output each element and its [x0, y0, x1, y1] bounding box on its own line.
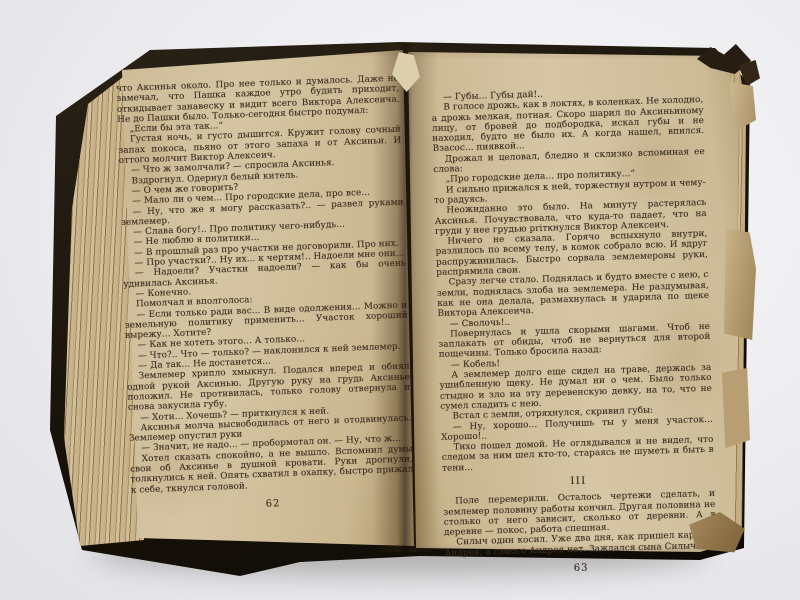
right-page-number: 63: [445, 560, 717, 578]
left-page-text: что Аксинья около. Про нее только и дума…: [116, 74, 415, 515]
torn-paper-flap: [724, 228, 756, 340]
gutter-shadow: [372, 44, 438, 552]
right-page-paragraphs: — Губы... Губы дай!..В голосе дрожь, как…: [431, 85, 714, 474]
right-page-text: — Губы... Губы дай!..В голосе дрожь, как…: [431, 85, 717, 578]
left-page-paragraphs: что Аксинья около. Про нее только и дума…: [116, 74, 414, 496]
right-page-paragraphs-after-heading: Поле перемерили. Осталось чертежи сделат…: [443, 489, 717, 559]
book-paragraph: Тихо пошел домой. Не оглядывался и не ви…: [441, 435, 714, 474]
book-paragraph: В голосе дрожь, как в локтях, в коленках…: [431, 95, 704, 155]
photo-open-book: что Аксинья около. Про нее только и дума…: [0, 0, 800, 600]
torn-paper-flap: [722, 368, 750, 448]
section-heading: III: [443, 473, 715, 491]
